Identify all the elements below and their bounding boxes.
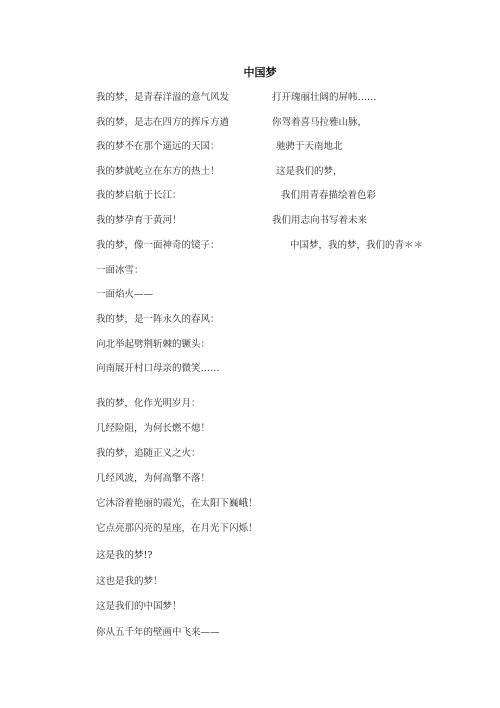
poem-line: 这是我们的中国梦！ <box>96 601 182 613</box>
poem-line: 一面焰火—— <box>96 289 153 301</box>
poem-line-left: 我的梦，是青春洋溢的意气风发 <box>96 92 229 104</box>
poem-line: 我的梦，追随正义之火： <box>96 448 201 460</box>
poem-line: 这也是我的梦！ <box>96 576 163 588</box>
poem-line-right: 打开瑰丽壮阔的屏帏…… <box>272 92 377 104</box>
poem-line-right: 中国梦，我的梦，我们的青＊＊ <box>290 240 423 252</box>
poem-line-left: 我的梦不在那个遥远的天国： <box>96 141 220 153</box>
poem-line-left: 我的梦就屹立在东方的热土！ <box>96 166 220 178</box>
poem-line-right: 驰骋于天南地北 <box>276 141 343 153</box>
poem-line: 它沐浴着艳丽的霞光，在太阳下巍峨！ <box>96 498 258 510</box>
poem-line: 你从五千年的壁画中飞来—— <box>96 627 220 639</box>
poem-line-right: 这是我们的梦， <box>276 166 343 178</box>
poem-line-left: 我的梦，像一面神奇的镜子： <box>96 240 220 252</box>
poem-line-right: 你驾着喜马拉雅山脉， <box>272 117 367 129</box>
poem-line-left: 我的梦启航于长江： <box>96 190 182 202</box>
poem-line: 我的梦，化作光明岁月： <box>96 398 201 410</box>
poem-title: 中国梦 <box>0 64 500 80</box>
poem-line: 这是我的梦!? <box>96 550 152 562</box>
poem-line: 几经风波，为何高擎不落！ <box>96 473 210 485</box>
poem-line: 它点亮那闪亮的星座，在月光下闪烁！ <box>96 523 258 535</box>
poem-line: 我的梦，是一阵永久的春风： <box>96 314 220 326</box>
poem-line-left: 我的梦孕育于黄河！ <box>96 215 182 227</box>
poem-line: 一面冰雪： <box>96 265 144 277</box>
poem-line: 向南展开村口母亲的微笑…… <box>96 363 220 375</box>
poem-line-right: 我们用志向书写着未来 <box>272 215 367 227</box>
poem-line-right: 我们用青春描绘着色彩 <box>281 190 376 202</box>
poem-line: 向北举起劈荆斩棘的镢头： <box>96 339 210 351</box>
poem-line: 几经险阻，为何长燃不熄！ <box>96 423 210 435</box>
poem-line-left: 我的梦，是志在四方的挥斥方遒 <box>96 117 229 129</box>
